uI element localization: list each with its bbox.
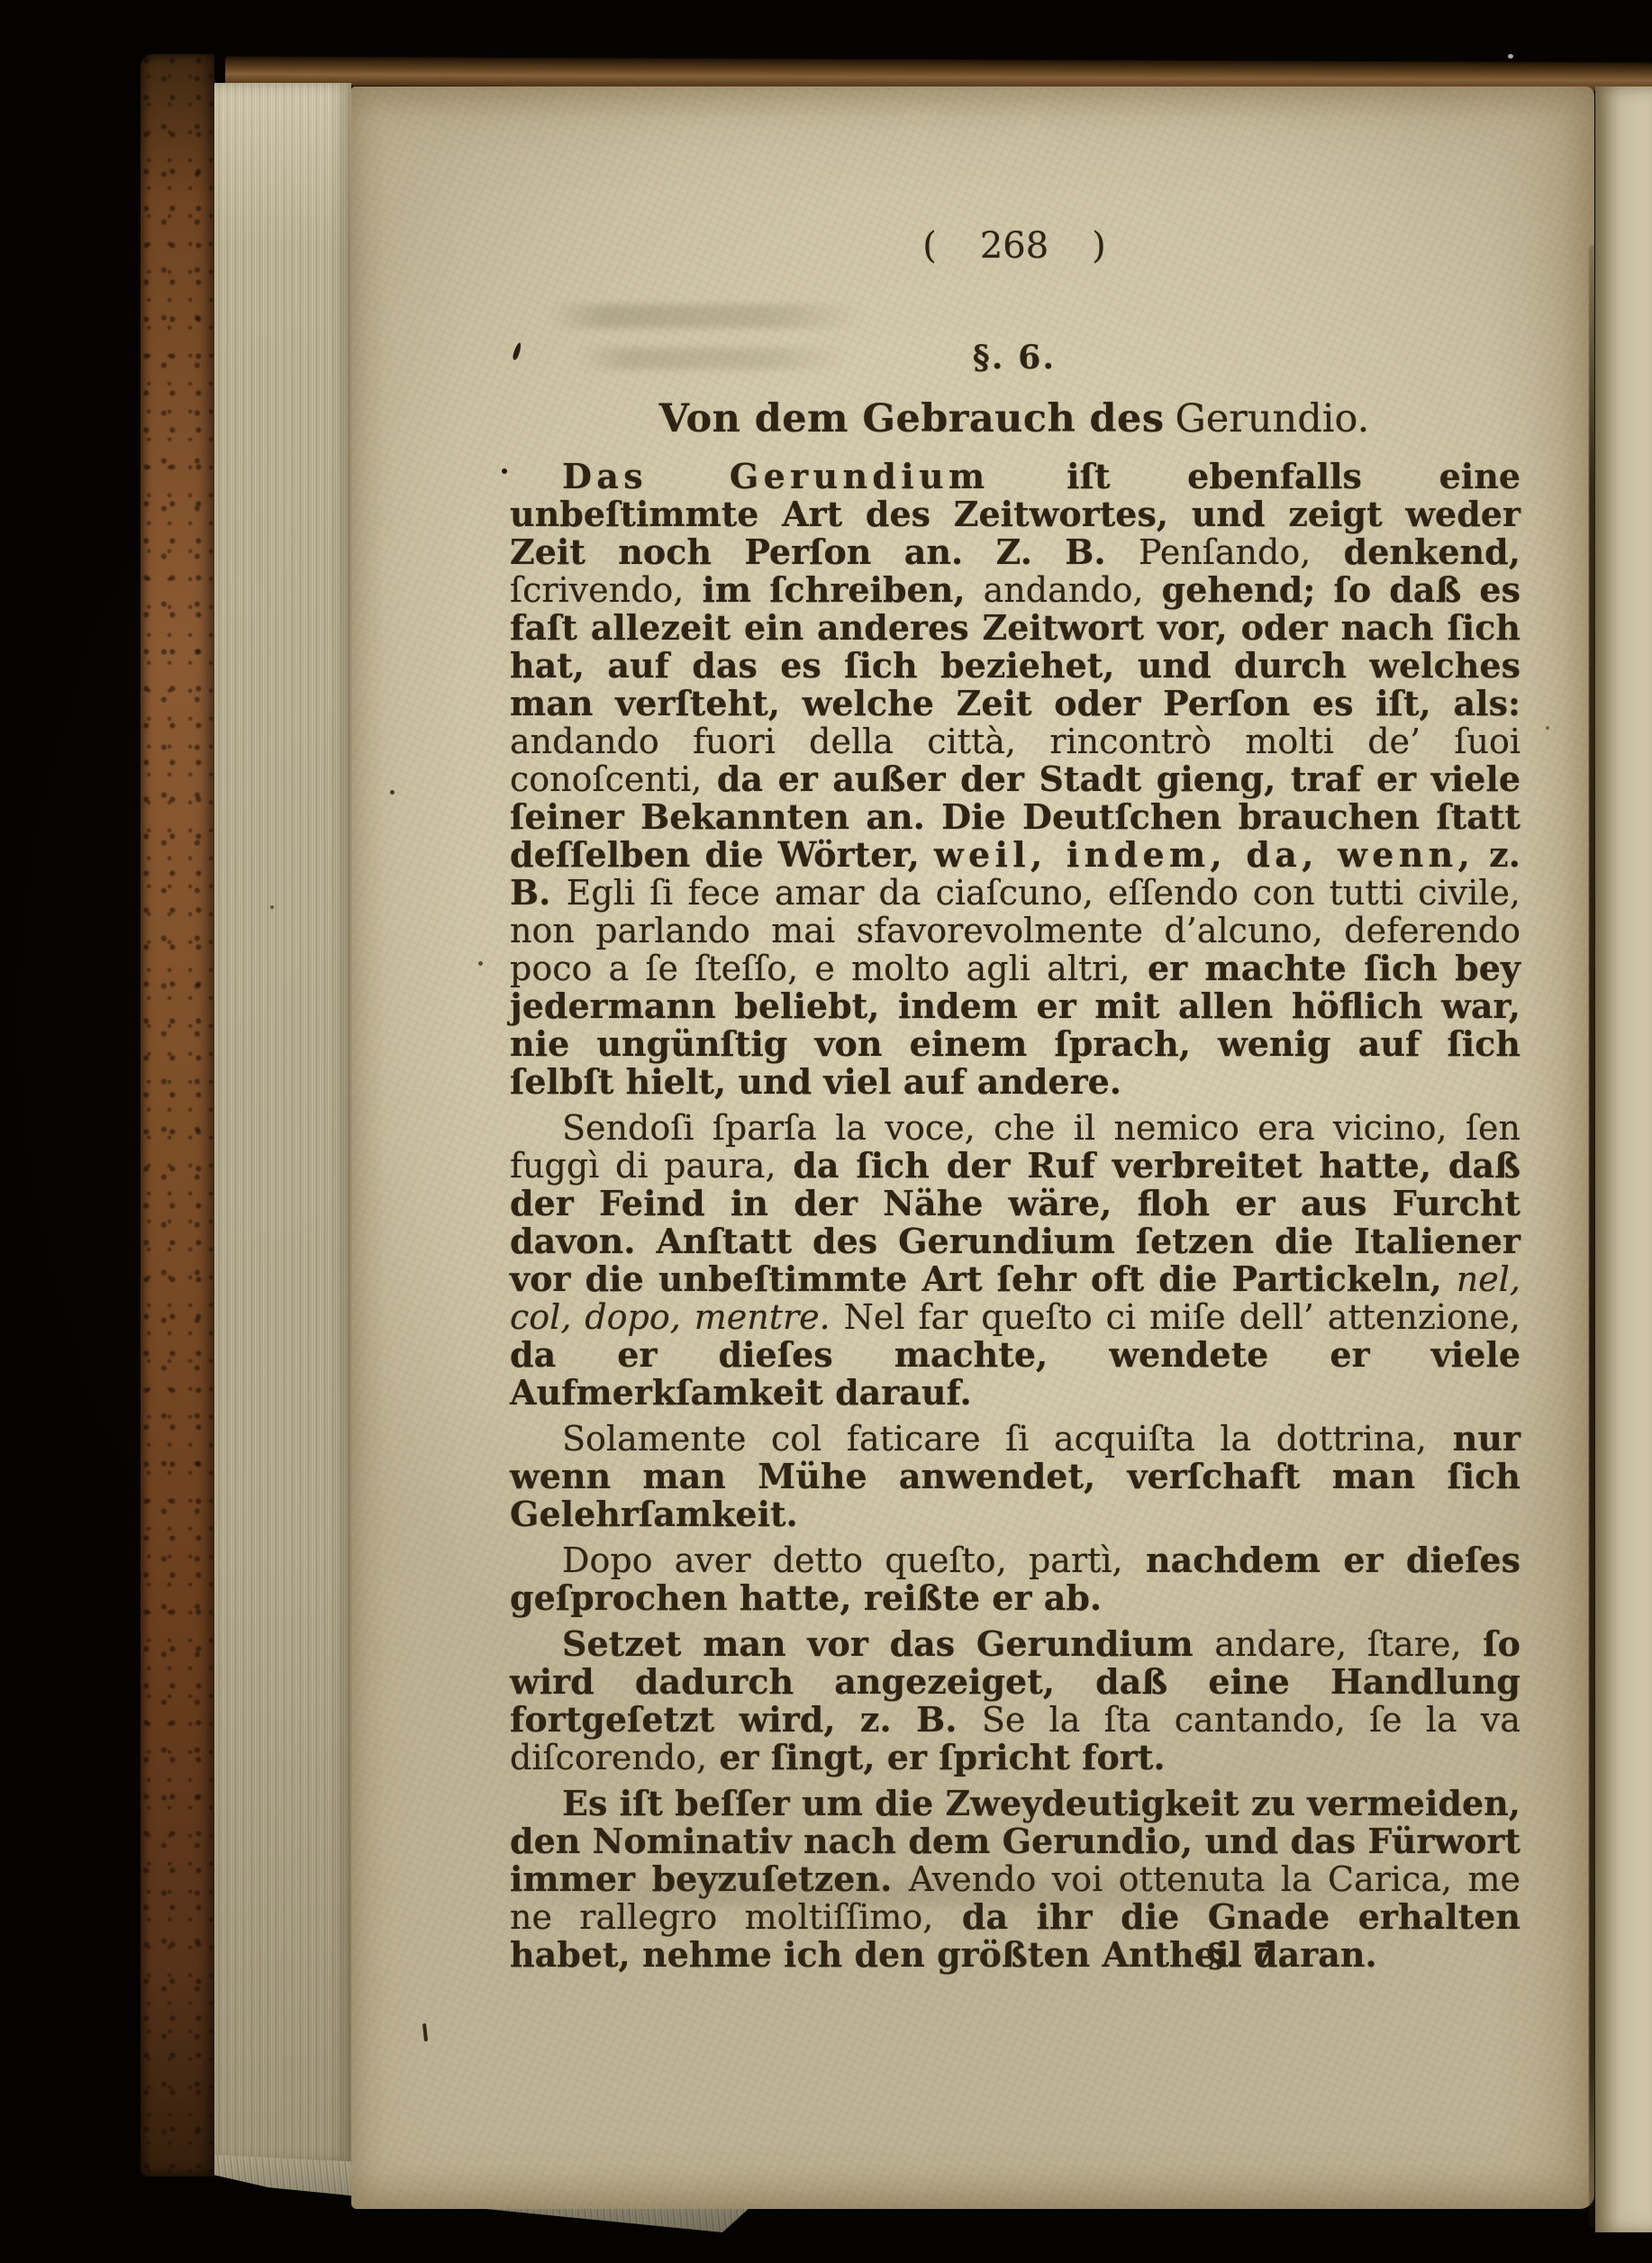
showthrough-smudge: [548, 304, 865, 328]
text-segment: Solamente col faticare ſi acquiſta la do…: [562, 1419, 1427, 1459]
book-cover-leather-edge: [141, 54, 214, 2177]
text-segment: Setzet man vor das Gerundium: [562, 1623, 1214, 1664]
page-number-paren-open: (: [922, 225, 937, 267]
ink-speck: [390, 790, 395, 795]
page-number-paren-close: ): [1092, 225, 1106, 267]
body-text: Das Gerundium iſt ebenfalls eine unbeſti…: [510, 458, 1520, 1982]
book-scan: (268) §. 6. Von dem Gebrauch desGerundio…: [0, 0, 1652, 2263]
text-segment: er ſingt, er ſpricht fort.: [707, 1737, 1166, 1777]
paragraph: Solamente col faticare ſi acquiſta la do…: [510, 1420, 1520, 1533]
text-segment: Penſando,: [1139, 532, 1311, 572]
ink-speck: [502, 468, 507, 474]
paragraph: Dopo aver detto queſto, partì, nachdem e…: [510, 1541, 1520, 1617]
text-segment: andare, ſtare,: [1214, 1624, 1461, 1664]
text-segment: Dopo aver detto queſto, partì,: [562, 1540, 1123, 1580]
ink-speck: [1546, 726, 1549, 730]
text-segment: denkend,: [1311, 532, 1520, 572]
page-number: (268): [509, 225, 1520, 267]
text-segment: weil, indem, da, wenn,: [934, 834, 1475, 875]
text-segment: Nel far queſto ci miſe dell’ attenzione,: [831, 1297, 1520, 1337]
section-mark-7: §. 7.: [1207, 1937, 1290, 1975]
page-gutter-fold: [1589, 245, 1595, 2227]
page-number-value: 268: [980, 225, 1048, 267]
paragraph: Es iſt beſſer um die Zweydeutigkeit zu v…: [510, 1785, 1520, 1974]
paragraph: Sendoſi ſparſa la voce, che il nemico er…: [510, 1109, 1520, 1412]
ink-speck: [270, 905, 274, 909]
section-mark-6: §. 6.: [509, 339, 1520, 377]
chapter-heading: Von dem Gebrauch desGerundio.: [491, 395, 1538, 443]
text-segment: im ſchreiben,: [684, 569, 983, 610]
chapter-heading-german: Von dem Gebrauch des: [659, 396, 1165, 441]
text-segment: andando,: [984, 570, 1144, 610]
dust-speck: [1508, 54, 1513, 59]
paragraph: Setzet man vor das Gerundium andare, ſta…: [510, 1625, 1520, 1777]
text-segment: da er dieſes machte, wendete er viele Au…: [510, 1334, 1520, 1413]
text-segment: ſcrivendo,: [510, 570, 684, 610]
facing-page-edge: [1595, 86, 1652, 2232]
ink-speck: [478, 961, 483, 966]
paragraph: Das Gerundium iſt ebenfalls eine unbeſti…: [510, 458, 1520, 1101]
chapter-heading-latin: Gerundio.: [1175, 396, 1369, 441]
page-stack-fore-edge: [214, 83, 351, 2162]
text-segment: Das Gerundium: [562, 456, 990, 496]
